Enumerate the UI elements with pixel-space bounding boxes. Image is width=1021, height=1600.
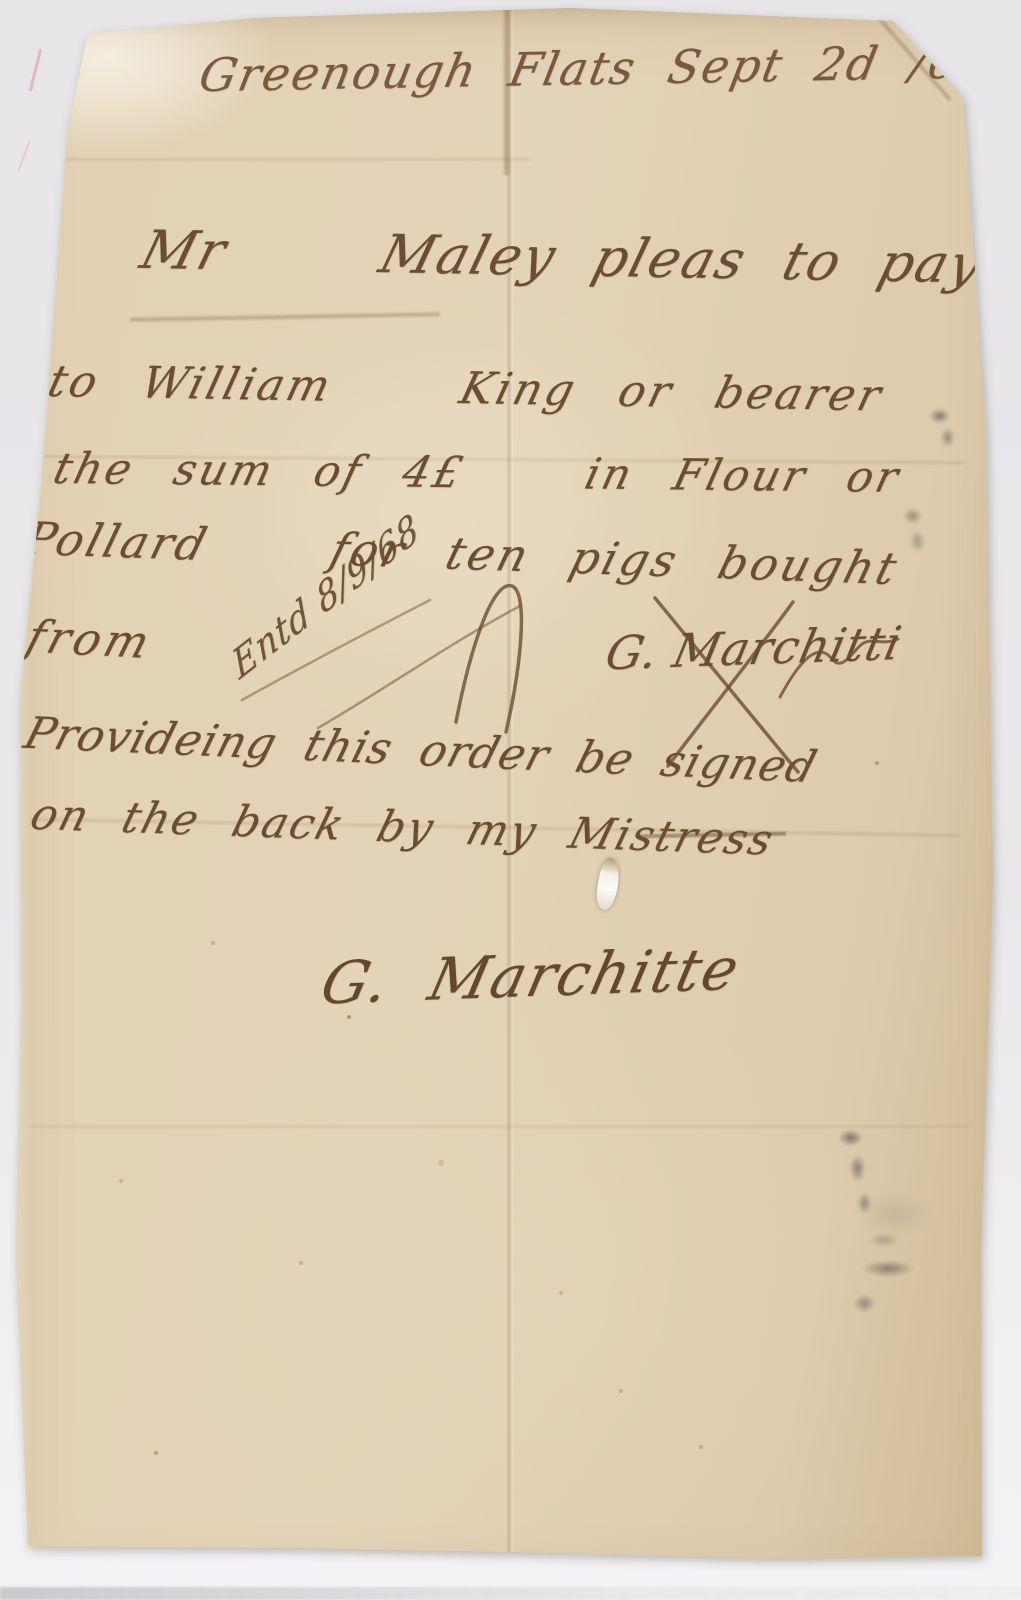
- paper-sheet: Greenough Flats Sept 2d /68 Mr Maley ple…: [0, 0, 1021, 1600]
- condition-line-2: on the back by my Mistress: [25, 792, 779, 865]
- paper-specks: [0, 0, 2, 2]
- ragged-left-edge: [14, 0, 30, 1600]
- ink-smudge-small: [890, 495, 940, 561]
- from-word: from: [21, 612, 159, 667]
- scanner-edge-artifact: [0, 1587, 1021, 1600]
- horizontal-crease: [130, 312, 440, 321]
- signature: G. Marchitte: [315, 937, 746, 1016]
- amount-line: the sum of 4£ in Flour or: [49, 446, 906, 502]
- document-scan: Greenough Flats Sept 2d /68 Mr Maley ple…: [0, 0, 1021, 1600]
- ink-smudge-large: [812, 1116, 950, 1334]
- payee-line: to William King or bearer: [43, 358, 888, 421]
- condition-line-1: Provideing this order be signed: [19, 710, 822, 792]
- dateline: Greenough Flats Sept 2d /68: [195, 36, 996, 101]
- goods-line: Pollard for ten pigs bought: [19, 514, 905, 594]
- ink-smudge-small: [922, 398, 966, 458]
- paper-shadow-wrap: Greenough Flats Sept 2d /68 Mr Maley ple…: [0, 0, 1021, 1600]
- drawer-name: G. Marchitti: [601, 618, 906, 679]
- paper-tear-hole: [594, 857, 623, 912]
- horizontal-crease: [60, 158, 530, 161]
- salutation-line: Mr Maley pleas to pay: [134, 222, 989, 295]
